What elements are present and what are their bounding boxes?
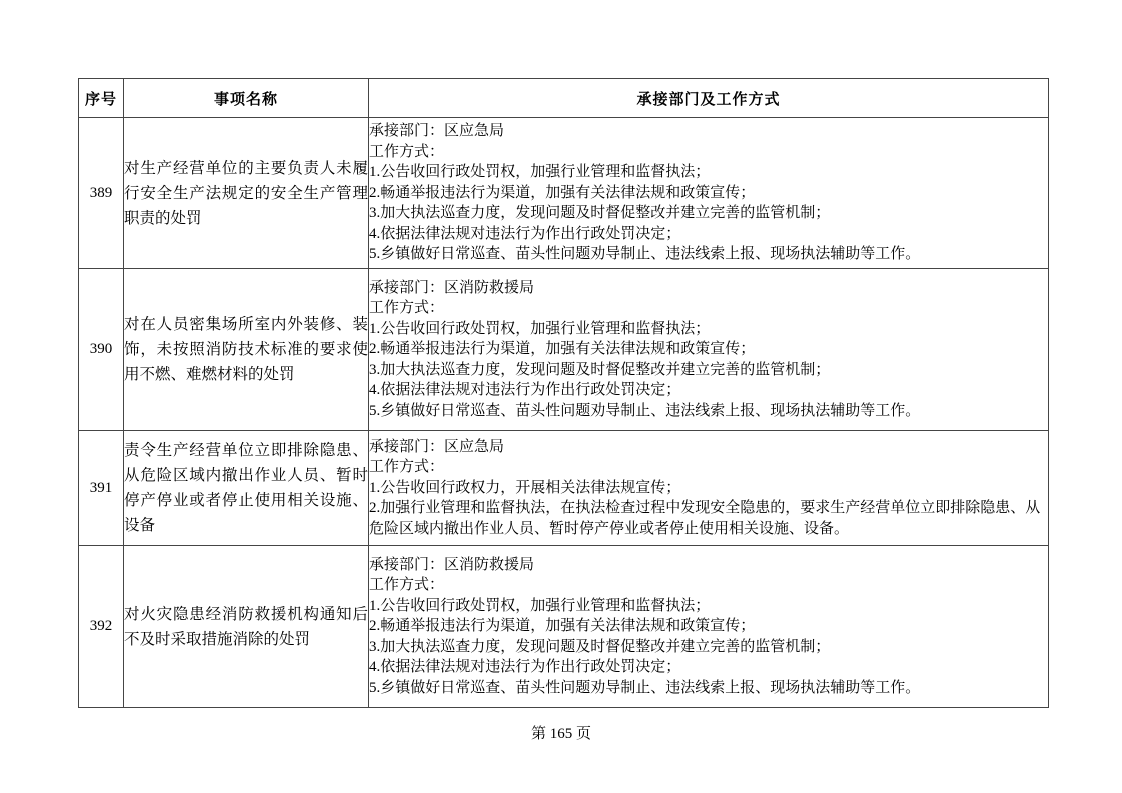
detail-line: 2.畅通举报违法行为渠道，加强有关法律法规和政策宣传； — [369, 183, 1048, 204]
column-header-item-name: 事项名称 — [124, 79, 369, 118]
detail-line: 1.公告收回行政权力，开展相关法律法规宣传； — [369, 478, 1048, 499]
table-row: 392 对火灾隐患经消防救援机构通知后不及时采取措施消除的处罚 承接部门：区消防… — [79, 546, 1049, 708]
details-cell: 承接部门：区应急局工作方式：1.公告收回行政权力，开展相关法律法规宣传；2.加强… — [369, 431, 1049, 546]
detail-line: 5.乡镇做好日常巡查、苗头性问题劝导制止、违法线索上报、现场执法辅助等工作。 — [369, 678, 1048, 699]
serial-cell: 391 — [79, 431, 124, 546]
detail-line: 承接部门：区消防救援局 — [369, 555, 1048, 576]
item-name-cell: 对火灾隐患经消防救援机构通知后不及时采取措施消除的处罚 — [124, 546, 369, 708]
serial-cell: 392 — [79, 546, 124, 708]
detail-line: 1.公告收回行政处罚权，加强行业管理和监督执法； — [369, 596, 1048, 617]
serial-cell: 390 — [79, 269, 124, 431]
detail-line: 2.畅通举报违法行为渠道，加强有关法律法规和政策宣传； — [369, 616, 1048, 637]
detail-line: 4.依据法律法规对违法行为作出行政处罚决定； — [369, 380, 1048, 401]
table-row: 389 对生产经营单位的主要负责人未履行安全生产法规定的安全生产管理职责的处罚 … — [79, 118, 1049, 269]
detail-line: 5.乡镇做好日常巡查、苗头性问题劝导制止、违法线索上报、现场执法辅助等工作。 — [369, 401, 1048, 422]
header-row: 序号 事项名称 承接部门及工作方式 — [79, 79, 1049, 118]
document-page: 序号 事项名称 承接部门及工作方式 389 对生产经营单位的主要负责人未履行安全… — [0, 0, 1122, 793]
details-cell: 承接部门：区应急局工作方式：1.公告收回行政处罚权，加强行业管理和监督执法；2.… — [369, 118, 1049, 269]
table-row: 391 责令生产经营单位立即排除隐患、从危险区域内撤出作业人员、暂时停产停业或者… — [79, 431, 1049, 546]
detail-line: 4.依据法律法规对违法行为作出行政处罚决定； — [369, 657, 1048, 678]
detail-line: 1.公告收回行政处罚权，加强行业管理和监督执法； — [369, 162, 1048, 183]
detail-line: 2.加强行业管理和监督执法，在执法检查过程中发现安全隐患的，要求生产经营单位立即… — [369, 498, 1048, 539]
detail-line: 3.加大执法巡查力度，发现问题及时督促整改并建立完善的监管机制； — [369, 203, 1048, 224]
detail-line: 1.公告收回行政处罚权，加强行业管理和监督执法； — [369, 319, 1048, 340]
details-cell: 承接部门：区消防救援局工作方式：1.公告收回行政处罚权，加强行业管理和监督执法；… — [369, 546, 1049, 708]
item-name-cell: 对在人员密集场所室内外装修、装饰，未按照消防技术标准的要求使用不燃、难燃材料的处… — [124, 269, 369, 431]
details-cell: 承接部门：区消防救援局工作方式：1.公告收回行政处罚权，加强行业管理和监督执法；… — [369, 269, 1049, 431]
detail-line: 承接部门：区应急局 — [369, 121, 1048, 142]
detail-line: 2.畅通举报违法行为渠道，加强有关法律法规和政策宣传； — [369, 339, 1048, 360]
detail-line: 工作方式： — [369, 142, 1048, 163]
detail-line: 工作方式： — [369, 457, 1048, 478]
column-header-serial: 序号 — [79, 79, 124, 118]
detail-line: 5.乡镇做好日常巡查、苗头性问题劝导制止、违法线索上报、现场执法辅助等工作。 — [369, 244, 1048, 265]
detail-line: 工作方式： — [369, 575, 1048, 596]
table-row: 390 对在人员密集场所室内外装修、装饰，未按照消防技术标准的要求使用不燃、难燃… — [79, 269, 1049, 431]
page-number-footer: 第 165 页 — [0, 722, 1122, 743]
detail-line: 工作方式： — [369, 298, 1048, 319]
item-name-cell: 责令生产经营单位立即排除隐患、从危险区域内撤出作业人员、暂时停产停业或者停止使用… — [124, 431, 369, 546]
detail-line: 4.依据法律法规对违法行为作出行政处罚决定； — [369, 224, 1048, 245]
serial-cell: 389 — [79, 118, 124, 269]
column-header-department-method: 承接部门及工作方式 — [369, 79, 1049, 118]
detail-line: 3.加大执法巡查力度，发现问题及时督促整改并建立完善的监管机制； — [369, 637, 1048, 658]
item-name-cell: 对生产经营单位的主要负责人未履行安全生产法规定的安全生产管理职责的处罚 — [124, 118, 369, 269]
matters-table: 序号 事项名称 承接部门及工作方式 389 对生产经营单位的主要负责人未履行安全… — [78, 78, 1049, 708]
detail-line: 承接部门：区应急局 — [369, 437, 1048, 458]
detail-line: 承接部门：区消防救援局 — [369, 278, 1048, 299]
detail-line: 3.加大执法巡查力度，发现问题及时督促整改并建立完善的监管机制； — [369, 360, 1048, 381]
table-header: 序号 事项名称 承接部门及工作方式 — [79, 79, 1049, 118]
